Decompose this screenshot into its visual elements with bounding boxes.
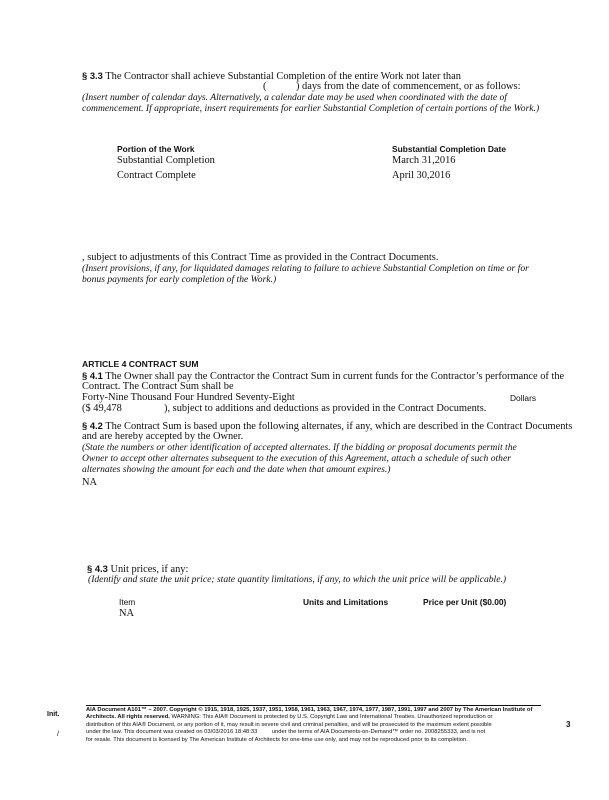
copyright-line: AIA Document A101™ – 2007. Copyright © 1… (86, 707, 532, 713)
footer-rule (86, 705, 541, 706)
section-text: Contract. The Contract Sum shall be (82, 381, 234, 392)
unit-table-cell: NA (119, 608, 134, 619)
section-number: § 4.1 (82, 370, 103, 381)
warning-text: WARNING: This AIA® Document is protected… (170, 714, 493, 720)
contract-sum-tail: ), subject to additions and deductions a… (164, 403, 486, 414)
contract-time-text: , subject to adjustments of this Contrac… (82, 252, 438, 263)
section-text: and are hereby accepted by the Owner. (82, 431, 243, 442)
table-header-portion: Portion of the Work (117, 144, 195, 154)
rights-reserved: Architects. All rights reserved. (86, 714, 170, 720)
days-paren-open: ( (263, 81, 266, 92)
table-header-date: Substantial Completion Date (392, 144, 506, 154)
instruction-text: (State the numbers or other identificati… (82, 442, 517, 453)
section-number: § 4.3 (87, 563, 108, 574)
days-text: ) days from the date of commencement, or… (296, 81, 520, 92)
section-number: § 3.3 (82, 70, 103, 81)
table-cell: Substantial Completion (117, 155, 215, 166)
contract-sum-figure: ($ 49,478 (82, 403, 122, 414)
instruction-text: alternates showing the amount for each a… (82, 464, 390, 475)
initials-label: Init. (47, 711, 59, 718)
instruction-text: (Insert provisions, if any, for liquidat… (82, 263, 529, 274)
section-number: § 4.2 (82, 420, 103, 431)
initials-slash[interactable]: / (57, 731, 59, 738)
license-text: for resale. This document is licensed by… (86, 737, 546, 744)
table-cell: March 31,2016 (392, 155, 456, 166)
order-text: under the terms of AIA Documents-on-Dema… (272, 729, 457, 735)
unit-header-price: Price per Unit ($0.00) (423, 597, 506, 607)
copyright-notice: AIA Document A101™ – 2007. Copyright © 1… (86, 707, 546, 744)
created-text: under the law. This document was created… (86, 729, 257, 735)
instruction-text: bonus payments for early completion of t… (82, 274, 276, 285)
table-cell: April 30,2016 (392, 170, 450, 181)
unit-header-units: Units and Limitations (303, 597, 388, 607)
unit-header-item: Item (119, 597, 135, 607)
instruction-text: (Insert number of calendar days. Alterna… (82, 92, 507, 103)
instruction-text: Owner to accept other alternates subsequ… (82, 453, 511, 464)
contract-sum-words: Forty-Nine Thousand Four Hundred Seventy… (82, 392, 295, 403)
alternates-value: NA (82, 477, 97, 488)
page-number: 3 (566, 720, 570, 729)
table-cell: Contract Complete (117, 170, 196, 181)
instruction-text: (Identify and state the unit price; stat… (88, 574, 506, 585)
article-4-heading: ARTICLE 4 CONTRACT SUM (82, 359, 199, 369)
distribution-text: distribution of this AIA® Document, or a… (86, 722, 546, 729)
instruction-text: commencement. If appropriate, insert req… (82, 103, 539, 114)
dollars-label: Dollars (510, 393, 536, 403)
resale-text: , and is not (457, 729, 485, 735)
